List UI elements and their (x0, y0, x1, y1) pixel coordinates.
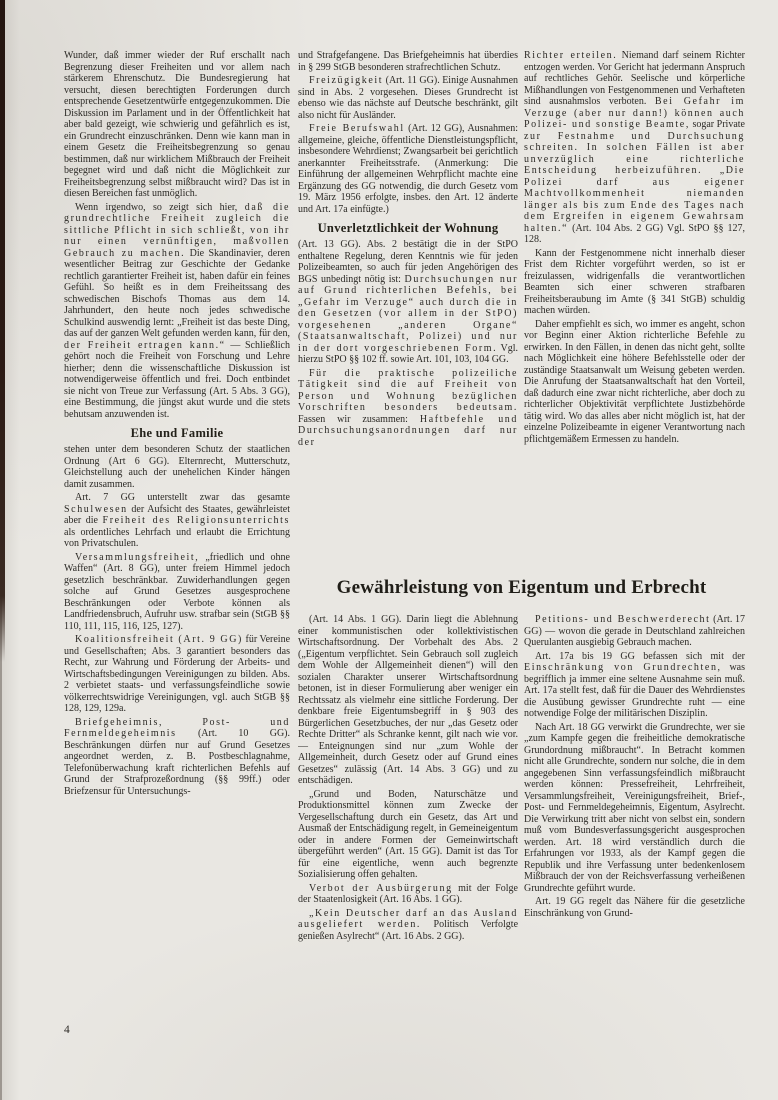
paragraph: Koalitionsfreiheit (Art. 9 GG) für Verei… (64, 634, 290, 715)
emphasized-letterspaced-text: Koalitionsfreiheit (Art. 9 GG) (75, 634, 243, 645)
paragraph: Art. 7 GG unterstellt zwar das gesamte S… (64, 492, 290, 550)
body-text: — Schließlich gehört noch die Freiheit v… (64, 340, 290, 420)
emphasized-letterspaced-text: Petitions- und Beschwerderecht (535, 614, 711, 625)
paragraph: (Art. 14 Abs. 1 GG). Darin liegt die Abl… (298, 614, 518, 787)
body-text: Art. 17a bis 19 GG befassen sich mit der (535, 651, 745, 662)
paragraph: Nach Art. 18 GG verwirkt die Grundrechte… (524, 722, 745, 895)
paragraph: und Strafgefangene. Das Briefgeheimnis h… (298, 50, 518, 73)
emphasized-letterspaced-text: Versammlungsfreiheit, (75, 552, 199, 563)
body-text: als ordentliches Lehrfach und erlaubt di… (64, 527, 290, 550)
paragraph: Verbot der Ausbürgerung mit der Folge de… (298, 883, 518, 906)
paragraph: Wunder, daß immer wieder der Ruf erschal… (64, 50, 290, 200)
body-text: Art. 7 GG unterstellt zwar das gesamte (75, 492, 290, 503)
body-text: Art. 19 GG regelt das Nähere für die ges… (524, 896, 745, 919)
paragraph: Freizügigkeit (Art. 11 GG). Einige Ausna… (298, 75, 518, 121)
paragraph: Freie Berufswahl (Art. 12 GG), Ausnahmen… (298, 123, 518, 215)
column-right-bottom: Petitions- und Beschwerderecht (Art. 17 … (524, 614, 745, 1038)
page-edge-shadow (0, 0, 5, 662)
paragraph: Briefgeheimnis, Post- und Fernmeldegehei… (64, 717, 290, 798)
emphasized-letterspaced-text: Verbot der Ausbürgerung (309, 883, 453, 894)
body-text: Daher empfiehlt es sich, wo immer es ang… (524, 319, 745, 445)
body-text: „Grund und Boden, Naturschätze und Produ… (298, 789, 518, 881)
body-text: Fassen wir zusammen: (298, 414, 420, 425)
emphasized-letterspaced-text: Einschränkung von Grundrechten, (524, 662, 722, 673)
paragraph: (Art. 13 GG). Abs. 2 bestätigt die in de… (298, 239, 518, 366)
emphasized-letterspaced-text: zur Festnahme und Durchsuchung schreiten… (524, 131, 745, 234)
paragraph: Für die praktische polizeiliche Tätigkei… (298, 368, 518, 449)
column-middle-bottom: (Art. 14 Abs. 1 GG). Darin liegt die Abl… (298, 614, 518, 1038)
column-left: Wunder, daß immer wieder der Ruf erschal… (64, 50, 290, 1042)
emphasized-letterspaced-text: Freie Berufswahl (309, 123, 405, 134)
body-text: Wunder, daß immer wieder der Ruf erschal… (64, 50, 290, 199)
body-text: Die Skandinavier, deren wesentlicher Bei… (64, 248, 290, 340)
body-text: stehen unter dem besonderen Schutz der s… (64, 444, 290, 490)
paragraph: Kann der Festgenommene nicht innerhalb d… (524, 248, 745, 317)
emphasized-letterspaced-text: Richter erteilen. (524, 50, 617, 61)
body-text: Kann der Festgenommene nicht innerhalb d… (524, 248, 745, 317)
column-heading: Ehe und Familie (64, 426, 290, 440)
column-middle-top: und Strafgefangene. Das Briefgeheimnis h… (298, 50, 518, 577)
section-heading: Gewährleistung von Eigentum und Erbrecht (298, 577, 745, 599)
body-text: und Strafgefangene. Das Briefgeheimnis h… (298, 50, 518, 73)
body-text: „friedlich und ohne Waffen“ (Art. 8 GG),… (64, 552, 290, 632)
emphasized-letterspaced-text: Freizügigkeit (309, 75, 383, 86)
emphasized-letterspaced-text: Freiheit des Religionsunterrichts (103, 515, 290, 526)
scanned-document-page: Wunder, daß immer wieder der Ruf erschal… (0, 0, 778, 1100)
body-text: (Art. 12 GG), Ausnahmen: allgemeine, gle… (298, 123, 518, 215)
paragraph: Art. 17a bis 19 GG befassen sich mit der… (524, 651, 745, 720)
emphasized-letterspaced-text: Für die praktische polizeiliche Tätigkei… (298, 368, 518, 414)
paragraph: Versammlungsfreiheit, „friedlich und ohn… (64, 552, 290, 633)
emphasized-letterspaced-text: Schulwesen (64, 504, 128, 515)
paragraph: Art. 19 GG regelt das Nähere für die ges… (524, 896, 745, 919)
paragraph: „Grund und Boden, Naturschätze und Produ… (298, 789, 518, 881)
body-text: (Art. 14 Abs. 1 GG). Darin liegt die Abl… (298, 614, 518, 786)
paragraph: „Kein Deutscher darf an das Ausland ausg… (298, 908, 518, 943)
body-text: Wenn irgendwo, so zeigt sich hier, (75, 202, 245, 213)
paragraph: Petitions- und Beschwerderecht (Art. 17 … (524, 614, 745, 649)
body-text: Nach Art. 18 GG verwirkt die Grundrechte… (524, 722, 745, 894)
page-number: 4 (64, 1024, 70, 1036)
paragraph: stehen unter dem besonderen Schutz der s… (64, 444, 290, 490)
body-text: für Vereine und Gesellschaften; Abs. 3 g… (64, 634, 290, 714)
emphasized-letterspaced-text: Durchsuchungen nur auf Grund richterlich… (298, 274, 518, 354)
column-right-top: Richter erteilen. Niemand darf seinem Ri… (524, 50, 745, 577)
emphasized-letterspaced-text: der Freiheit ertragen kann.“ (64, 340, 226, 351)
paragraph: Wenn irgendwo, so zeigt sich hier, daß d… (64, 202, 290, 421)
column-heading: Unverletztlichkeit der Wohnung (298, 221, 518, 235)
paragraph: Daher empfiehlt es sich, wo immer es ang… (524, 319, 745, 446)
paragraph: Richter erteilen. Niemand darf seinem Ri… (524, 50, 745, 246)
body-text: sogar Private (690, 119, 745, 130)
